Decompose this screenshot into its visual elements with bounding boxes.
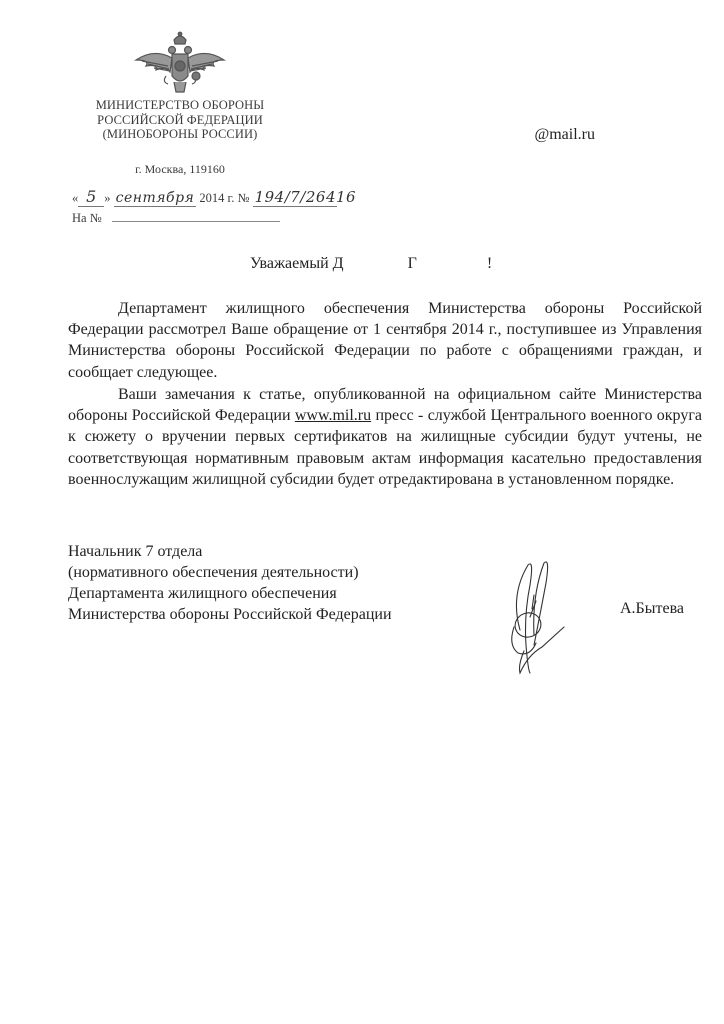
greeting-middle: Г: [408, 255, 417, 272]
signatory-title: Начальник 7 отдела (нормативного обеспеч…: [68, 541, 392, 625]
greeting: Уважаемый ДГ!: [250, 255, 540, 273]
handwritten-signature-icon: [490, 555, 570, 680]
signatory-title-line-2: (нормативного обеспечения деятельности): [68, 562, 392, 583]
body-paragraph-2: Ваши замечания к статье, опубликованной …: [68, 384, 702, 490]
signatory-title-line-4: Министерства обороны Российской Федераци…: [68, 604, 392, 625]
handwritten-outgoing-number: 194/7/26416: [253, 188, 337, 207]
reference-label: На №: [72, 211, 102, 225]
signatory-title-line-3: Департамента жилищного обеспечения: [68, 583, 392, 604]
signatory-name: А.Бытева: [620, 600, 684, 618]
signatory-title-line-1: Начальник 7 отдела: [68, 541, 392, 562]
ministry-name-line-3: (МИНОБОРОНЫ РОССИИ): [60, 127, 300, 142]
body-paragraph-1: Департамент жилищного обеспечения Минист…: [68, 298, 702, 383]
mil-ru-link[interactable]: www.mil.ru: [295, 407, 371, 424]
paragraph-1-text: Департамент жилищного обеспечения Минист…: [68, 298, 702, 383]
close-quote: »: [104, 191, 110, 205]
handwritten-month: сентября: [114, 190, 197, 207]
date-number-line: «5» сентября 2014 г. № 194/7/26416: [72, 187, 337, 207]
reference-line: На №: [72, 211, 280, 226]
recipient-email: @mail.ru: [420, 126, 595, 144]
ministry-address: г. Москва, 119160: [60, 162, 300, 177]
handwritten-day: 5: [78, 187, 104, 207]
ministry-name-line-2: РОССИЙСКОЙ ФЕДЕРАЦИИ: [60, 113, 300, 128]
greeting-suffix: !: [487, 255, 492, 272]
reference-blank-line: [112, 213, 280, 222]
double-headed-eagle-emblem-icon: [132, 30, 228, 96]
paragraph-2-text: Ваши замечания к статье, опубликованной …: [68, 384, 702, 490]
ministry-name-line-1: МИНИСТЕРСТВО ОБОРОНЫ: [60, 98, 300, 113]
greeting-prefix: Уважаемый Д: [250, 255, 344, 272]
ministry-name: МИНИСТЕРСТВО ОБОРОНЫ РОССИЙСКОЙ ФЕДЕРАЦИ…: [60, 98, 300, 142]
year-and-number-label: 2014 г. №: [199, 191, 249, 205]
